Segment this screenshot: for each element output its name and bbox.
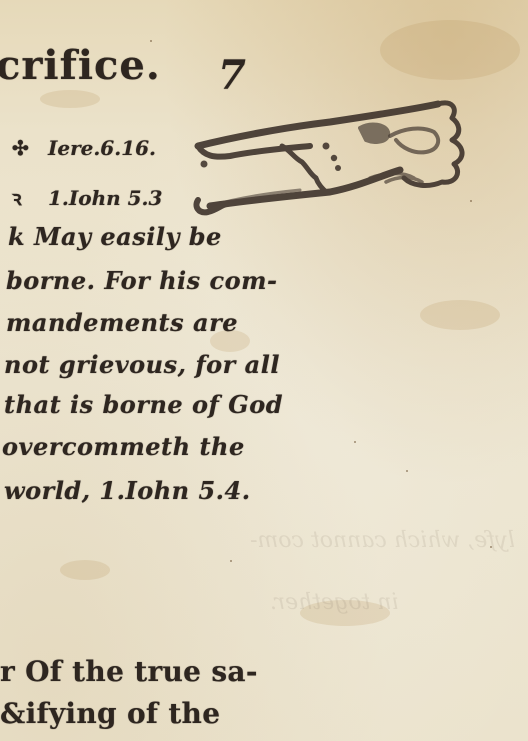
- body-text-line: not grievous, for all: [4, 350, 280, 379]
- body-text-line: mandements are: [6, 308, 238, 337]
- reference-text: 1.Iohn 5.3: [48, 186, 162, 210]
- paper-stain: [60, 560, 110, 580]
- paper-stain: [380, 20, 520, 80]
- paper-stain: [40, 90, 100, 108]
- show-through-text: in together.: [270, 590, 399, 615]
- body-text-line: k May easily be: [8, 222, 222, 251]
- body-text-line: world, 1.Iohn 5.4.: [4, 476, 251, 505]
- manicule-pointing-hand-icon: [190, 88, 480, 224]
- running-head: crifice.: [0, 42, 161, 89]
- paper-speck: [230, 560, 232, 562]
- book-page: lyfe, which cannot com- in together. cri…: [0, 0, 528, 741]
- reference-text: Iere.6.16.: [48, 136, 156, 160]
- paper-speck: [406, 470, 408, 472]
- marginal-reference: ✣Iere.6.16.: [12, 136, 156, 160]
- body-text-line: borne. For his com-: [6, 266, 278, 295]
- body-text-line: that is borne of God: [4, 390, 283, 419]
- section-heading-line: &ifying of the: [0, 697, 220, 730]
- marginal-reference: ꝛ1.Iohn 5.3: [12, 184, 162, 211]
- section-heading-line: r Of the true sa-: [0, 655, 258, 688]
- paper-speck: [354, 441, 356, 443]
- body-text-line: overcommeth the: [2, 432, 245, 461]
- paragraph-mark-icon: ꝛ: [12, 184, 48, 211]
- paper-stain: [420, 300, 500, 330]
- fleuron-icon: ✣: [12, 136, 48, 160]
- show-through-text: lyfe, which cannot com-: [250, 528, 515, 553]
